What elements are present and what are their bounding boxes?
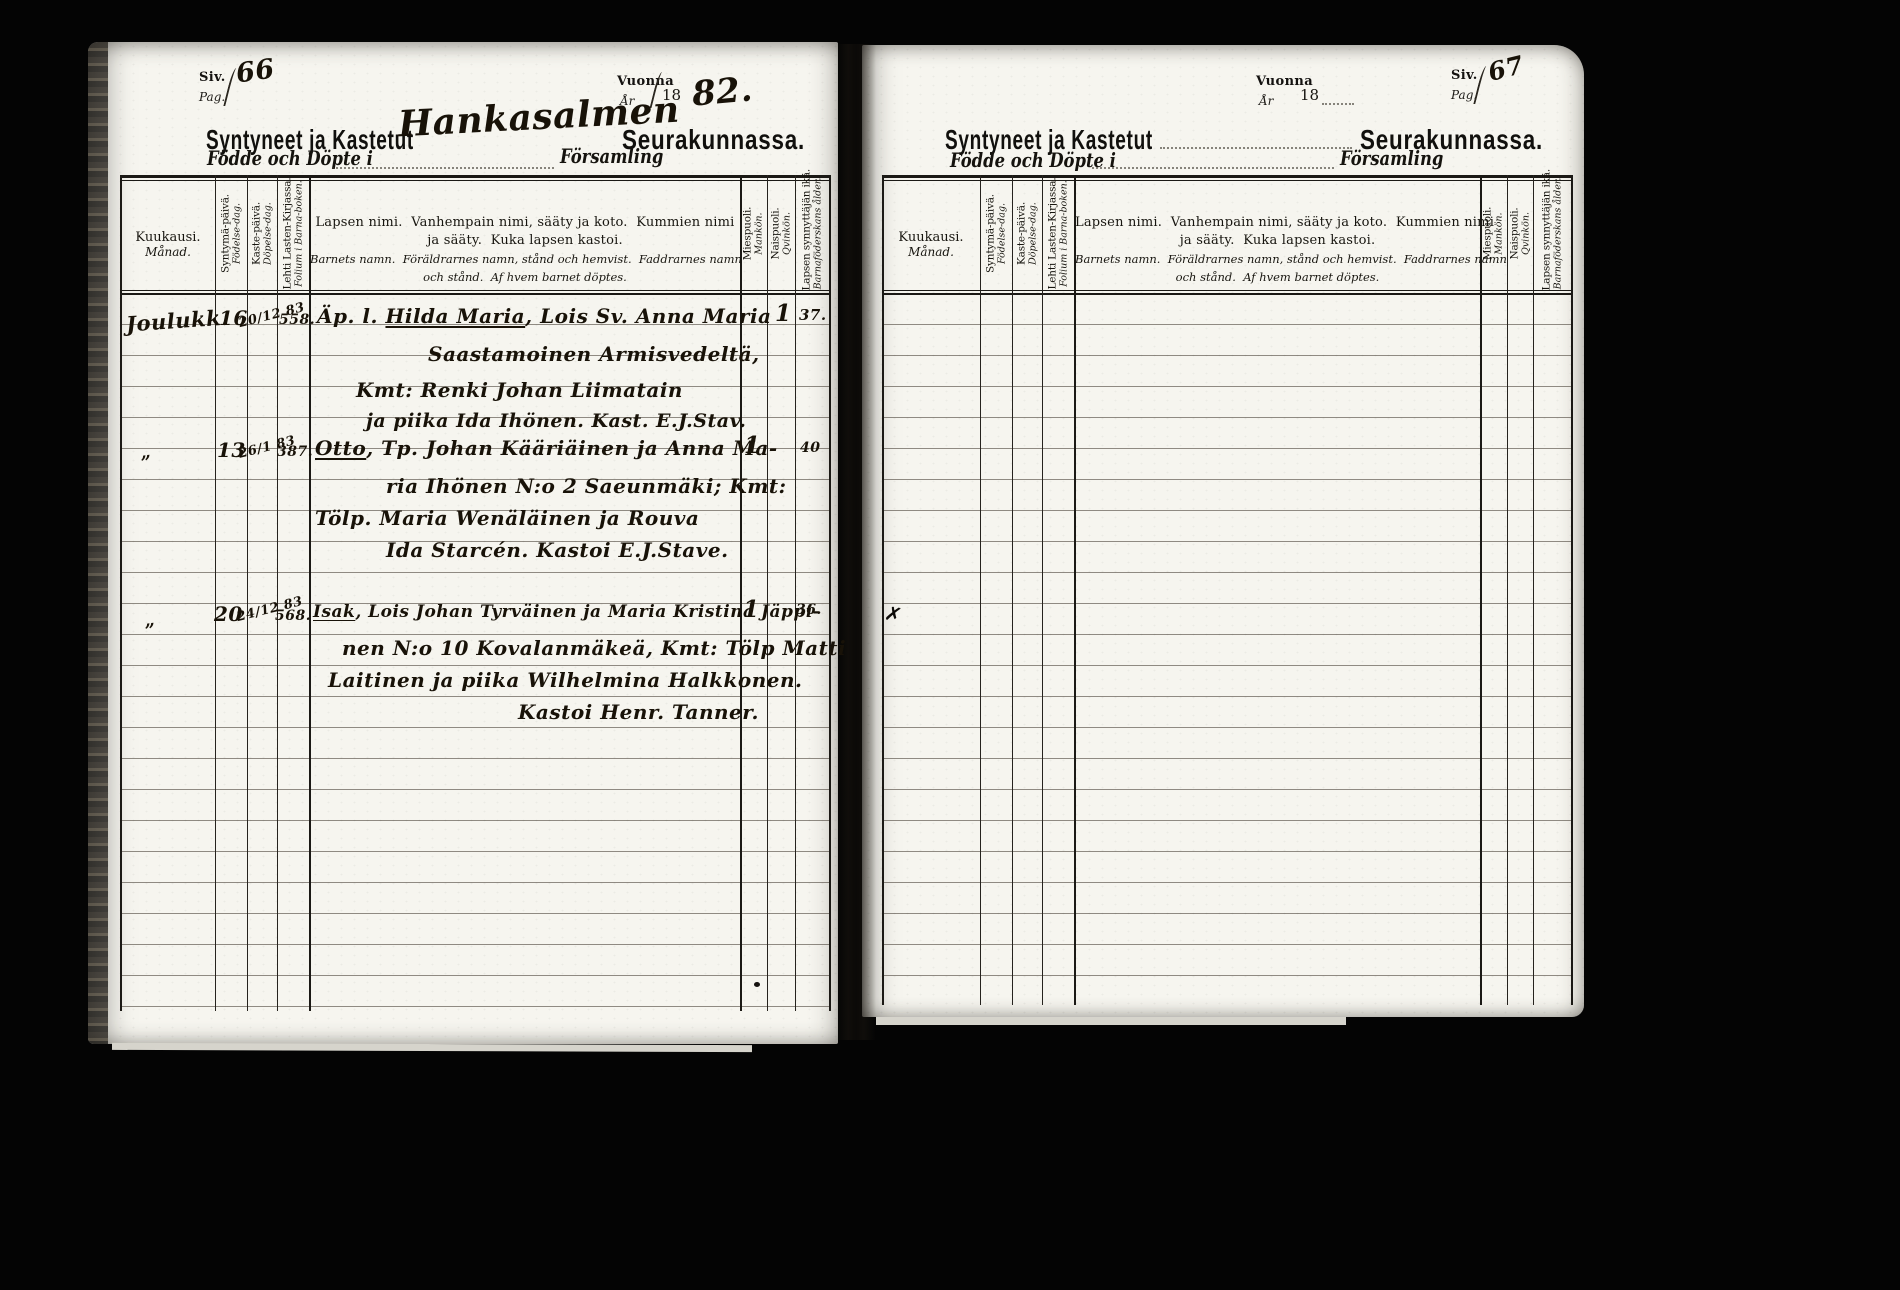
column-divider: [1074, 175, 1076, 1005]
entry-name-prefix: Äp. l.: [317, 304, 385, 328]
col-folio-fi: Lehti Lasten-Kirjassa.: [1047, 177, 1059, 291]
col-main-fi-2: ja sääty. Kuka lapsen kastoi.: [1075, 232, 1480, 250]
page-number-label-fi-right: Siv.: [1451, 68, 1478, 83]
col-header-month: Kuukausi. Månad.: [883, 230, 979, 259]
entry-folio: 387.: [277, 444, 313, 460]
left-page-deckle-edge: [88, 42, 108, 1044]
dotted-fill-line: [1092, 166, 1334, 169]
col-header-mother-age: Lapsen synnyttäjän ikä. Barnaföderskans …: [801, 177, 824, 291]
col-baptized-sv: Döpelse-dag.: [1028, 177, 1039, 291]
year-handwritten-left: 82.: [690, 69, 754, 114]
column-divider: [1507, 175, 1508, 1005]
entry-male-tally: 1: [743, 596, 760, 623]
dotted-fill-line: [332, 166, 554, 169]
column-divider: [1012, 175, 1013, 1005]
under-page-edge: [876, 1017, 1346, 1025]
entry-male-tally: 1: [744, 432, 761, 459]
ruled-row-lines: [882, 324, 1572, 1006]
column-divider: [1042, 175, 1043, 1005]
entry-text-line: Laitinen ja piika Wilhelmina Halkkonen.: [328, 668, 803, 692]
col-male-fi: Miespuoli.: [1482, 177, 1494, 291]
col-born-sv: Födelse-dag.: [997, 177, 1008, 291]
entry-text-line: Äp. l. Hilda Maria, Lois Sv. Anna Maria: [317, 304, 772, 328]
column-divider: [795, 175, 796, 1011]
entry-text-line: Kmt: Renki Johan Liimatain: [356, 378, 683, 402]
col-month-sv: Månad.: [121, 245, 215, 259]
col-main-fi-1: Lapsen nimi. Vanhempain nimi, sääty ja k…: [1075, 214, 1480, 232]
entry-child-name: Hilda Maria: [385, 304, 525, 328]
col-born-fi: Syntymä-päivä.: [220, 177, 232, 291]
entry-text-line: Tölp. Maria Wenäläinen ja Rouva: [315, 506, 699, 530]
column-divider: [309, 175, 311, 1011]
col-female-fi: Naispuoli.: [1509, 177, 1521, 291]
col-age-fi: Lapsen synnyttäjän ikä.: [801, 177, 813, 291]
col-male-sv: Mankön.: [754, 177, 765, 291]
column-divider: [247, 175, 248, 1011]
book-gutter-fold: [836, 44, 876, 1040]
col-female-sv: Qvinkön.: [1521, 177, 1532, 291]
col-header-birthday: Syntymä-päivä. Födelse-dag.: [220, 177, 243, 291]
col-born-fi: Syntymä-päivä.: [985, 177, 997, 291]
column-divider: [980, 175, 981, 1005]
entry-line1-rest: , Tp. Johan Kääriäinen ja Anna Ma-: [366, 436, 777, 460]
col-header-female: Naispuoli. Qvinkön.: [770, 177, 793, 291]
col-folio-sv: Folium i Barna-boken.: [294, 177, 305, 291]
col-header-birthday: Syntymä-päivä. Födelse-dag.: [985, 177, 1008, 291]
entry-folio: 568.: [275, 608, 311, 624]
col-baptized-sv: Döpelse-dag.: [263, 177, 274, 291]
dotted-fill-line: [1160, 146, 1352, 149]
header-bottom-rule: [120, 293, 830, 295]
scanned-register-spread: { "left_page": { "siv_label": "Siv.", "p…: [0, 0, 1900, 1290]
col-header-mother-age: Lapsen synnyttäjän ikä. Barnaföderskans …: [1541, 177, 1564, 291]
column-divider: [215, 175, 216, 1011]
entry-text-line: ria Ihönen N:o 2 Saeunmäki; Kmt:: [386, 474, 787, 498]
col-age-sv: Barnaföderskans ålder.: [1553, 177, 1564, 291]
col-header-folio: Lehti Lasten-Kirjassa. Folium i Barna-bo…: [282, 177, 305, 291]
entry-text-line: Otto, Tp. Johan Kääriäinen ja Anna Ma-: [315, 436, 778, 460]
column-divider: [1480, 175, 1482, 1005]
col-month-sv: Månad.: [883, 245, 979, 259]
col-header-folio: Lehti Lasten-Kirjassa. Folium i Barna-bo…: [1047, 177, 1070, 291]
entry-text-line: Kastoi Henr. Tanner.: [518, 700, 759, 724]
column-divider: [740, 175, 742, 1011]
col-male-sv: Mankön.: [1494, 177, 1505, 291]
col-header-month: Kuukausi. Månad.: [121, 230, 215, 259]
column-divider: [767, 175, 768, 1011]
col-header-main: Lapsen nimi. Vanhempain nimi, sääty ja k…: [1075, 214, 1480, 286]
col-age-fi: Lapsen synnyttäjän ikä.: [1541, 177, 1553, 291]
col-header-baptism: Kaste-päivä. Döpelse-dag.: [251, 177, 274, 291]
col-main-sv-1: Barnets namn. Föräldrarnes namn, stånd o…: [310, 250, 740, 268]
entry-text-line: nen N:o 10 Kovalanmäkeä, Kmt: Tölp Matti: [342, 636, 846, 660]
col-female-sv: Qvinkön.: [782, 177, 793, 291]
entry-mother-age: 37.: [799, 306, 827, 324]
entry-text-line: Ida Starcén. Kastoi E.J.Stave.: [386, 538, 729, 562]
col-header-female: Naispuoli. Qvinkön.: [1509, 177, 1532, 291]
col-main-sv-2: och stånd. Af hvem barnet döptes.: [1075, 268, 1480, 286]
col-main-fi-2: ja sääty. Kuka lapsen kastoi.: [310, 232, 740, 250]
col-born-sv: Födelse-dag.: [232, 177, 243, 291]
year-label-sv-right: År: [1259, 94, 1273, 108]
col-female-fi: Naispuoli.: [770, 177, 782, 291]
col-baptized-fi: Kaste-päivä.: [1016, 177, 1028, 291]
col-header-male: Miespuoli. Mankön.: [1482, 177, 1505, 291]
col-male-fi: Miespuoli.: [742, 177, 754, 291]
col-month-fi: Kuukausi.: [883, 230, 979, 245]
col-age-sv: Barnaföderskans ålder.: [813, 177, 824, 291]
entry-child-name: Otto: [315, 436, 366, 460]
table-border-left: [882, 175, 884, 1005]
entry-female-tally: 1: [775, 300, 792, 327]
page-number-label-sv: Pag.: [199, 90, 225, 104]
under-page-edge: [112, 1043, 752, 1052]
page-number-label-fi: Siv.: [199, 70, 226, 85]
column-divider: [1533, 175, 1534, 1005]
page-subtitle-suffix-left: Församling: [560, 144, 663, 168]
entry-text-line: Saastamoinen Armisvedeltä,: [428, 342, 760, 366]
entry-text-line: ja piika Ida Ihönen. Kast. E.J.Stav.: [366, 410, 746, 432]
col-folio-sv: Folium i Barna-boken.: [1059, 177, 1070, 291]
scan-dust-specks: [0, 0, 2, 2]
table-border-right: [829, 175, 831, 1011]
year-prefix-right: 18: [1300, 86, 1319, 104]
col-main-fi-1: Lapsen nimi. Vanhempain nimi, sääty ja k…: [310, 214, 740, 232]
column-divider: [277, 175, 278, 1011]
col-baptized-fi: Kaste-päivä.: [251, 177, 263, 291]
dotted-fill-line: [1322, 102, 1354, 105]
entry-mother-age: 36.: [796, 602, 822, 618]
col-folio-fi: Lehti Lasten-Kirjassa.: [282, 177, 294, 291]
col-main-sv-2: och stånd. Af hvem barnet döptes.: [310, 268, 740, 286]
col-main-sv-1: Barnets namn. Föräldrarnes namn, stånd o…: [1075, 250, 1480, 268]
col-month-fi: Kuukausi.: [121, 230, 215, 245]
col-header-baptism: Kaste-päivä. Döpelse-dag.: [1016, 177, 1039, 291]
col-header-male: Miespuoli. Mankön.: [742, 177, 765, 291]
table-border-right: [1571, 175, 1573, 1005]
col-header-main: Lapsen nimi. Vanhempain nimi, sääty ja k…: [310, 214, 740, 286]
ink-dot: [754, 982, 760, 987]
entry-line1-rest: , Lois Sv. Anna Maria: [525, 304, 771, 328]
entry-folio: 558.: [279, 312, 315, 328]
table-border-left: [120, 175, 122, 1011]
page-number-left: 66: [234, 53, 277, 89]
page-subtitle-suffix-right: Församling: [1340, 146, 1443, 170]
header-bottom-rule: [882, 293, 1572, 295]
entry-mother-age: 40: [800, 440, 820, 456]
entry-child-name: Isak: [313, 602, 355, 622]
